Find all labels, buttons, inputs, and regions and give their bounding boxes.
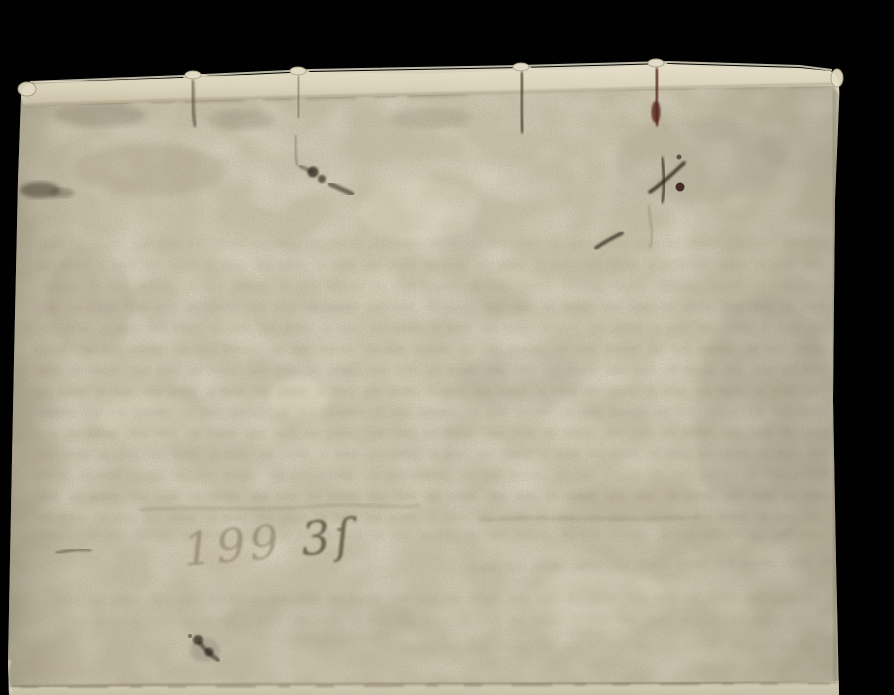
parchment-photo: 199 3ſ	[0, 0, 894, 695]
photo-canvas: 199 3ſ Photograph of a parchment charter…	[0, 0, 894, 695]
vignette	[0, 0, 894, 695]
